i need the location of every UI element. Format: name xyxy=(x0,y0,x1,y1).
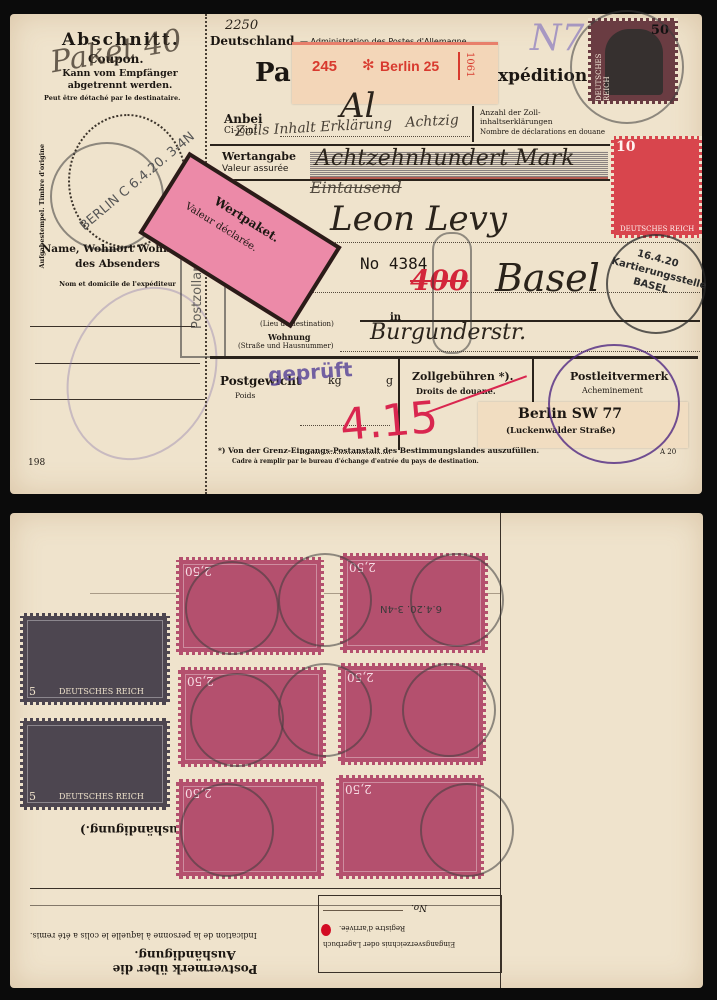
stamp-grey-2-value: 5 xyxy=(29,790,36,803)
value-handwritten: Achtzehnhundert Mark xyxy=(315,146,575,171)
address-label-fr: (Straße und Hausnummer) xyxy=(238,342,334,350)
register-no-line xyxy=(323,910,403,911)
stamp-grey-1-country: DEUTSCHES REICH xyxy=(59,687,144,696)
back-postmark-8 xyxy=(420,783,514,877)
stamp-grey-1: DEUTSCHES REICH 5 xyxy=(20,613,170,705)
red-ink-spot xyxy=(321,924,331,936)
stamp-grey-2-country: DEUTSCHES REICH xyxy=(59,792,144,801)
customs-count-label-fr: Nombre de déclarations en douane xyxy=(480,128,605,136)
parcel-card-back: DEUTSCHES REICH 5 DEUTSCHES REICH 5 (Aus… xyxy=(10,513,703,988)
value-label-fr: Valeur assurée xyxy=(222,164,288,174)
label-divider xyxy=(458,52,460,80)
customs-divider xyxy=(532,358,534,408)
stamp-mauve-6-value: 2,50 xyxy=(345,782,372,796)
registration-number: 245 xyxy=(312,58,337,75)
enclosures-divider xyxy=(472,106,474,142)
back-postmark-7 xyxy=(180,783,274,877)
form-code: A 20 xyxy=(660,448,676,456)
address-label-de: Wohnung xyxy=(268,332,311,342)
stamp-grey-2: DEUTSCHES REICH 5 xyxy=(20,718,170,810)
registration-label: 245 ✻ Berlin 25 1061 xyxy=(292,42,498,104)
parcel-card-front: Abschnitt. Coupon. Kann vom Empfänger ab… xyxy=(10,14,702,494)
country-label: Deutschland. xyxy=(210,34,299,48)
enclosures-dots xyxy=(280,136,470,137)
customs-label-de: Zollgebühren *). xyxy=(412,370,514,383)
sender-label-fr: Nom et domicile de l'expéditeur xyxy=(30,280,205,288)
back-footer-title: Postvermerk über die Aushändigung. xyxy=(70,948,300,976)
star-icon: ✻ xyxy=(362,56,375,74)
recipient-name: Leon Levy xyxy=(330,199,507,239)
registration-office: Berlin 25 xyxy=(380,58,439,74)
back-postmark-6 xyxy=(402,663,496,757)
oval-cancel-stamp xyxy=(432,232,472,354)
back-line-1 xyxy=(30,888,500,889)
register-no: No. xyxy=(411,902,427,912)
register-label-de: Eingangsverzeichnis oder Lagerbuch xyxy=(323,940,455,948)
footnote-fr: Cadre à remplir par le bureau d'échange … xyxy=(232,458,479,465)
red-amount: 4.15 xyxy=(338,392,440,451)
form-title-left: Pa xyxy=(255,58,291,88)
value-row-bottom xyxy=(210,179,610,181)
stamp-grey-1-value: 5 xyxy=(29,685,36,698)
back-postmark-2 xyxy=(278,553,372,647)
struck-handwriting: Eintausend xyxy=(310,178,402,197)
handwritten-number: 2250 xyxy=(225,18,258,33)
back-postmark-date: 6.4.20. 3-4N xyxy=(380,603,442,614)
back-postmark-3 xyxy=(410,553,504,647)
register-box: No. Registre d'arrivée. Eingangsverzeich… xyxy=(318,895,502,973)
footnote-de: *) Von der Grenz-Eingangs-Postanstalt de… xyxy=(218,446,539,455)
stamp-10-germania: 10 DEUTSCHES REICH xyxy=(611,136,702,238)
weight-label-fr: Poids xyxy=(235,391,255,400)
purple-handwritten-mark: N7 xyxy=(530,18,584,59)
purple-postmark xyxy=(548,344,680,464)
weight-unit-g: g xyxy=(386,374,393,387)
place-handwritten: Basel xyxy=(495,256,600,300)
back-footer-subtitle: Indication de la personne à laquelle le … xyxy=(30,931,310,940)
value-label-de: Wertangabe xyxy=(222,150,296,163)
customs-count-label-de: Anzahl der Zoll-inhaltserklärungen xyxy=(480,108,600,126)
coupon-note-fr: Peut être détaché par le destinataire. xyxy=(44,94,180,102)
postmark-top-right xyxy=(570,10,684,124)
registration-serial: 1061 xyxy=(464,52,475,77)
back-postmark-5 xyxy=(278,663,372,757)
register-label-fr: Registre d'arrivée. xyxy=(339,924,405,932)
back-postmark-4 xyxy=(190,673,284,767)
label-border xyxy=(292,42,498,45)
place-label-fr: (Lieu de destination) xyxy=(260,320,334,328)
form-number: 198 xyxy=(28,458,45,468)
back-postmark-1 xyxy=(185,561,279,655)
stamp-10-country: DEUTSCHES REICH xyxy=(620,225,694,233)
stamp-10-value: 10 xyxy=(616,139,635,155)
